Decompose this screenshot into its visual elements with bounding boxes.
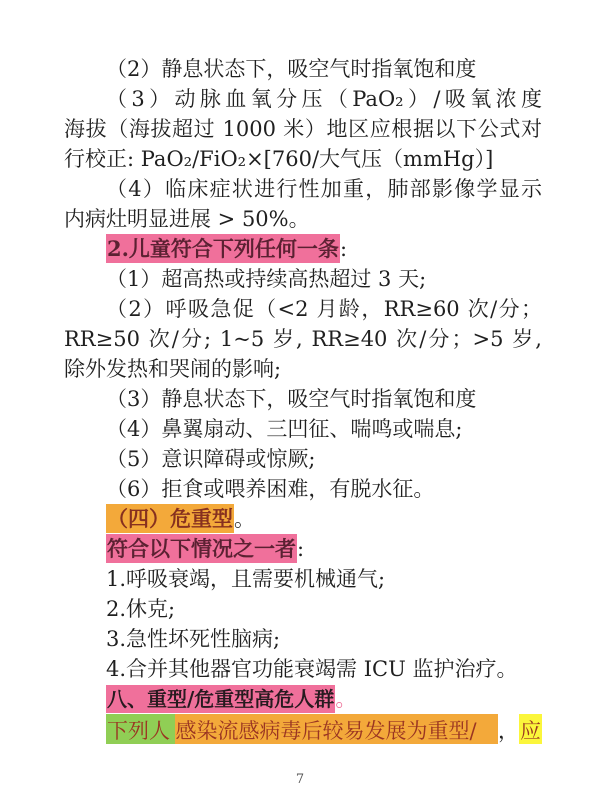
text-line: （四）危重型。 [64,504,542,534]
page-number: 7 [0,772,600,787]
text-line: （6）拒食或喂养困难，有脱水征。 [64,474,542,504]
highlighted-text-segment: 应 [519,714,542,744]
text-line: 八、重型/危重型高危人群。 [64,684,542,714]
text-segment: 1.呼吸衰竭，且需要机械通气; [106,567,385,591]
text-line: 2.休克; [64,594,542,624]
text-segment: （3）静息状态下，吸空气时指氧饱和度≤93%; [106,387,476,414]
text-segment: 内病灶明显进展 > 50%。 [64,207,310,231]
text-segment: 行校正: PaO₂/FiO₂×[760/大气压（mmHg）]（1mmHg=0.1… [64,147,493,174]
text-segment: : [340,237,347,261]
text-segment: （4）鼻翼扇动、三凹征、喘鸣或喘息; [106,417,462,441]
text-segment: （6）拒食或喂养困难，有脱水征。 [106,477,434,501]
highlighted-text-segment: 八、重型/危重型高危人群 [106,685,335,713]
text-line: 下列人群感染流感病毒后较易发展为重型/危重型病例，应 [64,714,542,744]
text-segment: 。 [335,687,356,711]
text-line: 符合以下情况之一者: [64,534,542,564]
text-segment: （2）呼吸急促（<2 月龄，RR≥60 次/分；2~12 月龄， [106,297,542,324]
text-line: （3）动脉血氧分压（PaO₂）/吸氧浓度（FiO₂）≤300，高 [64,84,542,114]
text-line: （3）静息状态下，吸空气时指氧饱和度≤93%; [64,384,542,414]
text-line: 1.呼吸衰竭，且需要机械通气; [64,564,542,594]
text-line: RR≥50 次/分; 1~5 岁, RR≥40 次/分；>5 岁, RR≥30 … [64,324,542,354]
text-segment: （2）静息状态下，吸空气时指氧饱和度≤93%; [106,57,476,84]
text-line: 行校正: PaO₂/FiO₂×[760/大气压（mmHg）]（1mmHg=0.1… [64,144,542,174]
highlighted-text-segment: 2.儿童符合下列任何一条 [106,234,340,263]
text-segment: 4.合并其他器官功能衰竭需 ICU 监护治疗。 [106,657,517,681]
highlighted-text-segment: （四）危重型 [106,504,234,533]
text-line: 内病灶明显进展 > 50%。 [64,204,542,234]
text-segment: （4）临床症状进行性加重，肺部影像学显示 24~48 小时 [106,177,542,204]
text-segment: : [297,537,304,561]
text-segment: （3）动脉血氧分压（PaO₂）/吸氧浓度（FiO₂）≤300，高 [106,87,542,114]
text-line: 海拔（海拔超过 1000 米）地区应根据以下公式对 PaO₂/FiO₂ 进 [64,114,542,144]
text-line: 3.急性坏死性脑病; [64,624,542,654]
text-segment: 2.休克; [106,597,175,621]
text-segment: （1）超高热或持续高热超过 3 天; [106,267,426,291]
text-line: （4）鼻翼扇动、三凹征、喘鸣或喘息; [64,414,542,444]
text-segment: RR≥50 次/分; 1~5 岁, RR≥40 次/分；>5 岁, RR≥30 … [64,327,542,354]
text-line: （1）超高热或持续高热超过 3 天; [64,264,542,294]
highlighted-text-segment: 感染流感病毒后较易发展为重型/危重型病例 [175,714,499,744]
text-line: （2）呼吸急促（<2 月龄，RR≥60 次/分；2~12 月龄， [64,294,542,324]
highlighted-text-segment: 下列人群 [106,714,175,744]
text-segment: 海拔（海拔超过 1000 米）地区应根据以下公式对 PaO₂/FiO₂ 进 [64,117,542,144]
text-line: （4）临床症状进行性加重，肺部影像学显示 24~48 小时 [64,174,542,204]
text-segment: 3.急性坏死性脑病; [106,627,280,651]
highlighted-text-segment: 符合以下情况之一者 [106,534,297,563]
text-line: 2.儿童符合下列任何一条: [64,234,542,264]
text-segment: （5）意识障碍或惊厥; [106,447,315,471]
text-segment: ， [498,716,519,744]
document-page: （2）静息状态下，吸空气时指氧饱和度≤93%;（3）动脉血氧分压（PaO₂）/吸… [0,0,600,800]
text-line: （2）静息状态下，吸空气时指氧饱和度≤93%; [64,54,542,84]
text-line: 除外发热和哭闹的影响; [64,354,542,384]
text-line: （5）意识障碍或惊厥; [64,444,542,474]
text-line: 4.合并其他器官功能衰竭需 ICU 监护治疗。 [64,654,542,684]
document-body: （2）静息状态下，吸空气时指氧饱和度≤93%;（3）动脉血氧分压（PaO₂）/吸… [64,54,542,744]
text-segment: 。 [234,507,255,531]
text-segment: 除外发热和哭闹的影响; [64,357,281,381]
